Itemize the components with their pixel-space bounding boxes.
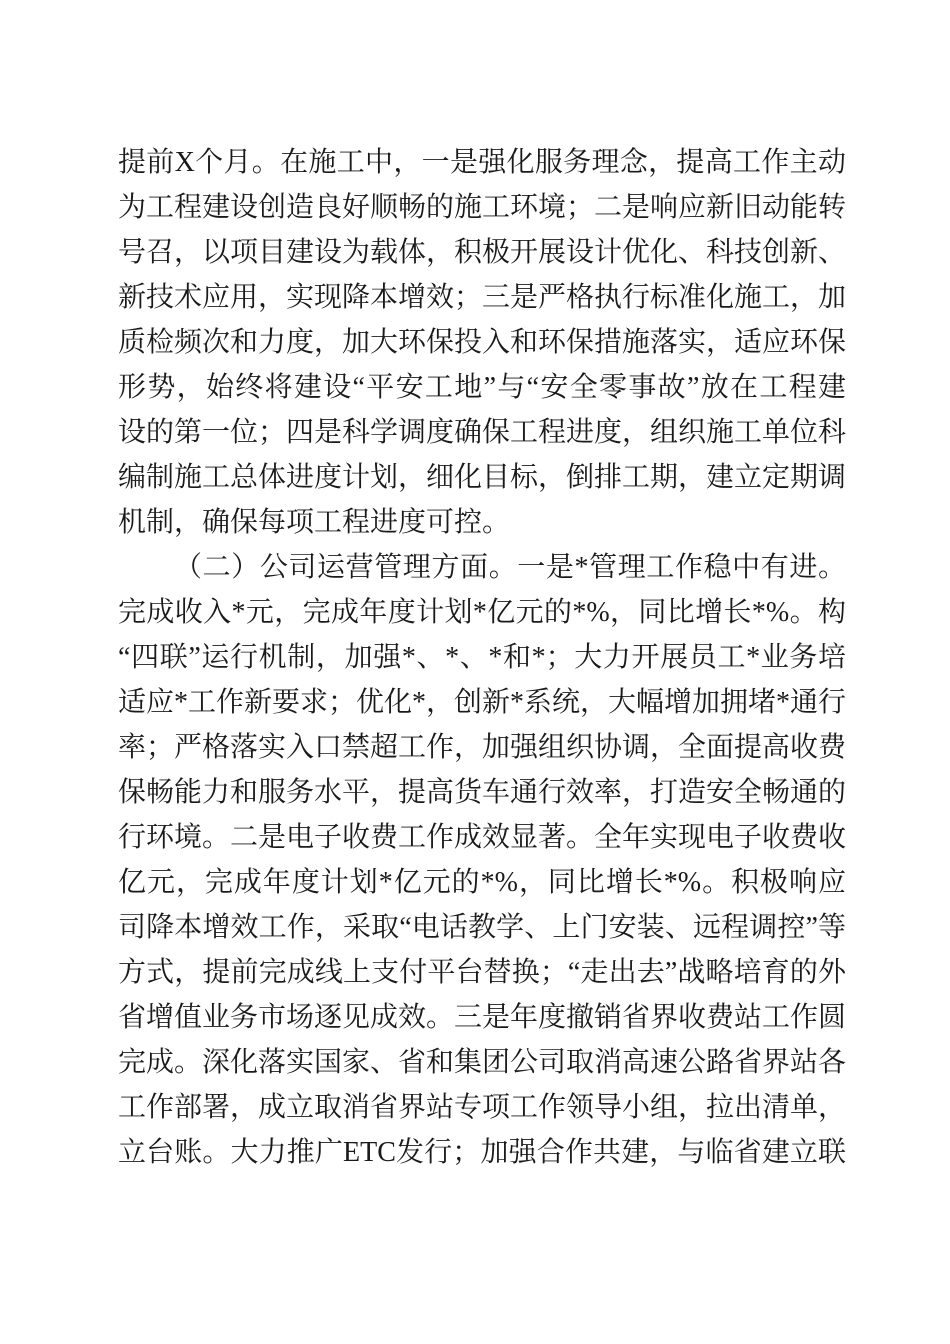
text-line: “四联”运行机制，加强*、*、*和*；大力开展员工*业务培训， — [118, 635, 846, 680]
paragraph-company-operations: （二）公司运营管理方面。一是*管理工作稳中有进。全年完成收入*元，完成年度计划*… — [118, 545, 846, 1175]
text-line: 方式，提前完成线上支付平台替换；“走出去”战略培育的外 — [118, 950, 846, 995]
text-line: 完成。深化落实国家、省和集团公司取消高速公路省界站各项 — [118, 1040, 846, 1085]
document-body: 提前X个月。在施工中，一是强化服务理念，提高工作主动性，为工程建设创造良好顺畅的… — [118, 140, 846, 1175]
text-line: 保畅能力和服务水平，提高货车通行效率，打造安全畅通的出 — [118, 770, 846, 815]
text-line: 率；严格落实入口禁超工作，加强组织协调，全面提高收费站 — [118, 725, 846, 770]
text-line: 行环境。二是电子收费工作成效显著。全年实现电子收费收入* — [118, 815, 846, 860]
text-line: 为工程建设创造良好顺畅的施工环境；二是响应新旧动能转换 — [118, 185, 846, 230]
text-line: 新技术应用，实现降本增效；三是严格执行标准化施工，加强 — [118, 275, 846, 320]
text-line: 省增值业务市场逐见成效。三是年度撤销省界收费站工作圆满 — [118, 995, 846, 1040]
text-line: 司降本增效工作，采取“电话教学、上门安装、远程调控”等 — [118, 905, 846, 950]
text-line: 号召，以项目建设为载体，积极开展设计优化、科技创新、四 — [118, 230, 846, 275]
text-line: 形势，始终将建设“平安工地”与“安全零事故”放在工程建 — [118, 365, 846, 410]
text-line: 工作部署，成立取消省界站专项工作领导小组，拉出清单，建 — [118, 1085, 846, 1130]
text-line: 亿元，完成年度计划*亿元的*%，同比增长*%。积极响应集团公 — [118, 860, 846, 905]
text-line: 设的第一位；四是科学调度确保工程进度，组织施工单位科学 — [118, 410, 846, 455]
paragraph-construction-work: 提前X个月。在施工中，一是强化服务理念，提高工作主动性，为工程建设创造良好顺畅的… — [118, 140, 846, 545]
text-line: 适应*工作新要求；优化*，创新*系统，大幅增加拥堵*通行效 — [118, 680, 846, 725]
text-line: （二）公司运营管理方面。一是*管理工作稳中有进。全年 — [118, 545, 846, 590]
text-line: 立台账。大力推广ETC发行；加强合作共建，与临省建立联络 — [118, 1130, 846, 1175]
text-line: 编制施工总体进度计划，细化目标，倒排工期，建立定期调度 — [118, 455, 846, 500]
text-line: 提前X个月。在施工中，一是强化服务理念，提高工作主动性， — [118, 140, 846, 185]
text-line: 完成收入*元，完成年度计划*亿元的*%，同比增长*%。构建 — [118, 590, 846, 635]
text-line: 质检频次和力度，加大环保投入和环保措施落实，适应环保新 — [118, 320, 846, 365]
text-line: 机制，确保每项工程进度可控。 — [118, 500, 846, 545]
